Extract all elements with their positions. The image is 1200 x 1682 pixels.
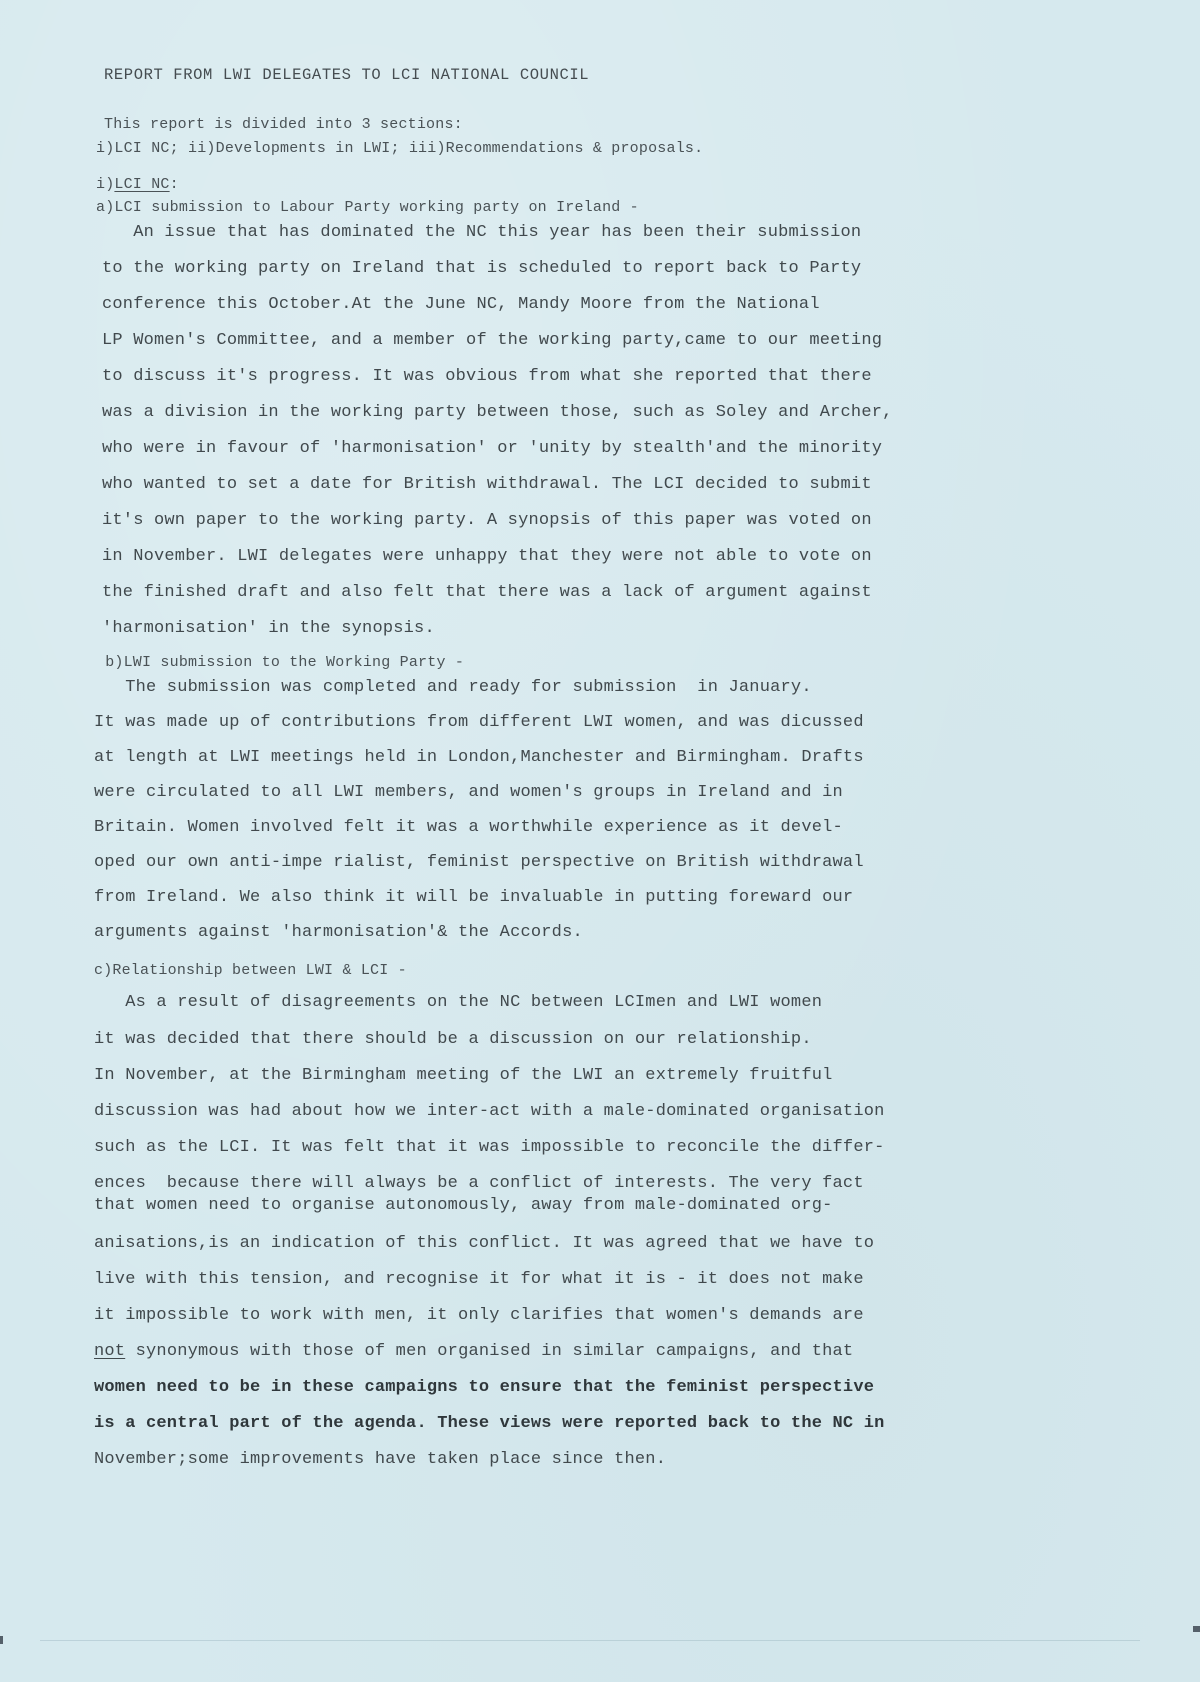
subsection-c-heading: c)Relationship between LWI & LCI - (94, 962, 407, 979)
paragraph-line: In November, at the Birmingham meeting o… (94, 1066, 833, 1085)
intro-line-1: This report is divided into 3 sections: (104, 116, 463, 133)
paragraph-line: arguments against 'harmonisation'& the A… (94, 923, 583, 942)
section-i-suffix: : (170, 176, 179, 193)
paragraph-line: discussion was had about how we inter-ac… (94, 1102, 885, 1121)
paragraph-line: 'harmonisation' in the synopsis. (102, 619, 435, 638)
subsection-b-heading: b)LWI submission to the Working Party - (96, 654, 464, 671)
paragraph-line: LP Women's Committee, and a member of th… (102, 331, 882, 350)
intro-line-2: i)LCI NC; ii)Developments in LWI; iii)Re… (96, 140, 703, 157)
paragraph-line: that women need to organise autonomously… (94, 1196, 833, 1215)
paragraph-line: women need to be in these campaigns to e… (94, 1378, 874, 1397)
paragraph-line: As a result of disagreements on the NC b… (94, 993, 822, 1012)
paragraph-line: were circulated to all LWI members, and … (94, 783, 843, 802)
paragraph-line: the finished draft and also felt that th… (102, 583, 872, 602)
paragraph-line: conference this October.At the June NC, … (102, 295, 820, 314)
paragraph-line: in November. LWI delegates were unhappy … (102, 547, 872, 566)
paragraph-line: it was decided that there should be a di… (94, 1030, 812, 1049)
paragraph-line: who wanted to set a date for British wit… (102, 475, 872, 494)
paragraph-line: ences because there will always be a con… (94, 1174, 864, 1193)
document-title: REPORT FROM LWI DELEGATES TO LCI NATIONA… (104, 66, 589, 84)
subsection-a-heading: a)LCI submission to Labour Party working… (96, 199, 639, 216)
paragraph-line: The submission was completed and ready f… (94, 678, 812, 697)
paragraph-line: it impossible to work with men, it only … (94, 1306, 864, 1325)
section-i-heading: i)LCI NC: (96, 176, 179, 193)
paragraph-line: it's own paper to the working party. A s… (102, 511, 872, 530)
paragraph-line: November;some improvements have taken pl… (94, 1450, 666, 1469)
paragraph-line: to the working party on Ireland that is … (102, 259, 861, 278)
section-i-prefix: i) (96, 176, 114, 193)
paragraph-line: from Ireland. We also think it will be i… (94, 888, 853, 907)
paragraph-line: at length at LWI meetings held in London… (94, 748, 864, 767)
scan-fold-line (40, 1640, 1140, 1641)
scan-edge-mark (0, 1636, 3, 1644)
underlined-not: not (94, 1342, 125, 1361)
scanned-page: REPORT FROM LWI DELEGATES TO LCI NATIONA… (0, 0, 1200, 1682)
paragraph-line: anisations,is an indication of this conf… (94, 1234, 874, 1253)
paragraph-line: to discuss it's progress. It was obvious… (102, 367, 872, 386)
scan-edge-mark (1193, 1626, 1200, 1632)
emphasis-line: not synonymous with those of men organis… (94, 1342, 853, 1361)
paragraph-line: live with this tension, and recognise it… (94, 1270, 864, 1289)
paragraph-line: such as the LCI. It was felt that it was… (94, 1138, 885, 1157)
paragraph-line: oped our own anti-impe rialist, feminist… (94, 853, 864, 872)
paragraph-line: was a division in the working party betw… (102, 403, 893, 422)
section-i-title: LCI NC (114, 176, 169, 193)
paragraph-line: An issue that has dominated the NC this … (102, 223, 861, 242)
paragraph-line: It was made up of contributions from dif… (94, 713, 864, 732)
paragraph-line: Britain. Women involved felt it was a wo… (94, 818, 843, 837)
emphasis-line-rest: synonymous with those of men organised i… (125, 1342, 853, 1361)
paragraph-line: is a central part of the agenda. These v… (94, 1414, 885, 1433)
paragraph-line: who were in favour of 'harmonisation' or… (102, 439, 882, 458)
